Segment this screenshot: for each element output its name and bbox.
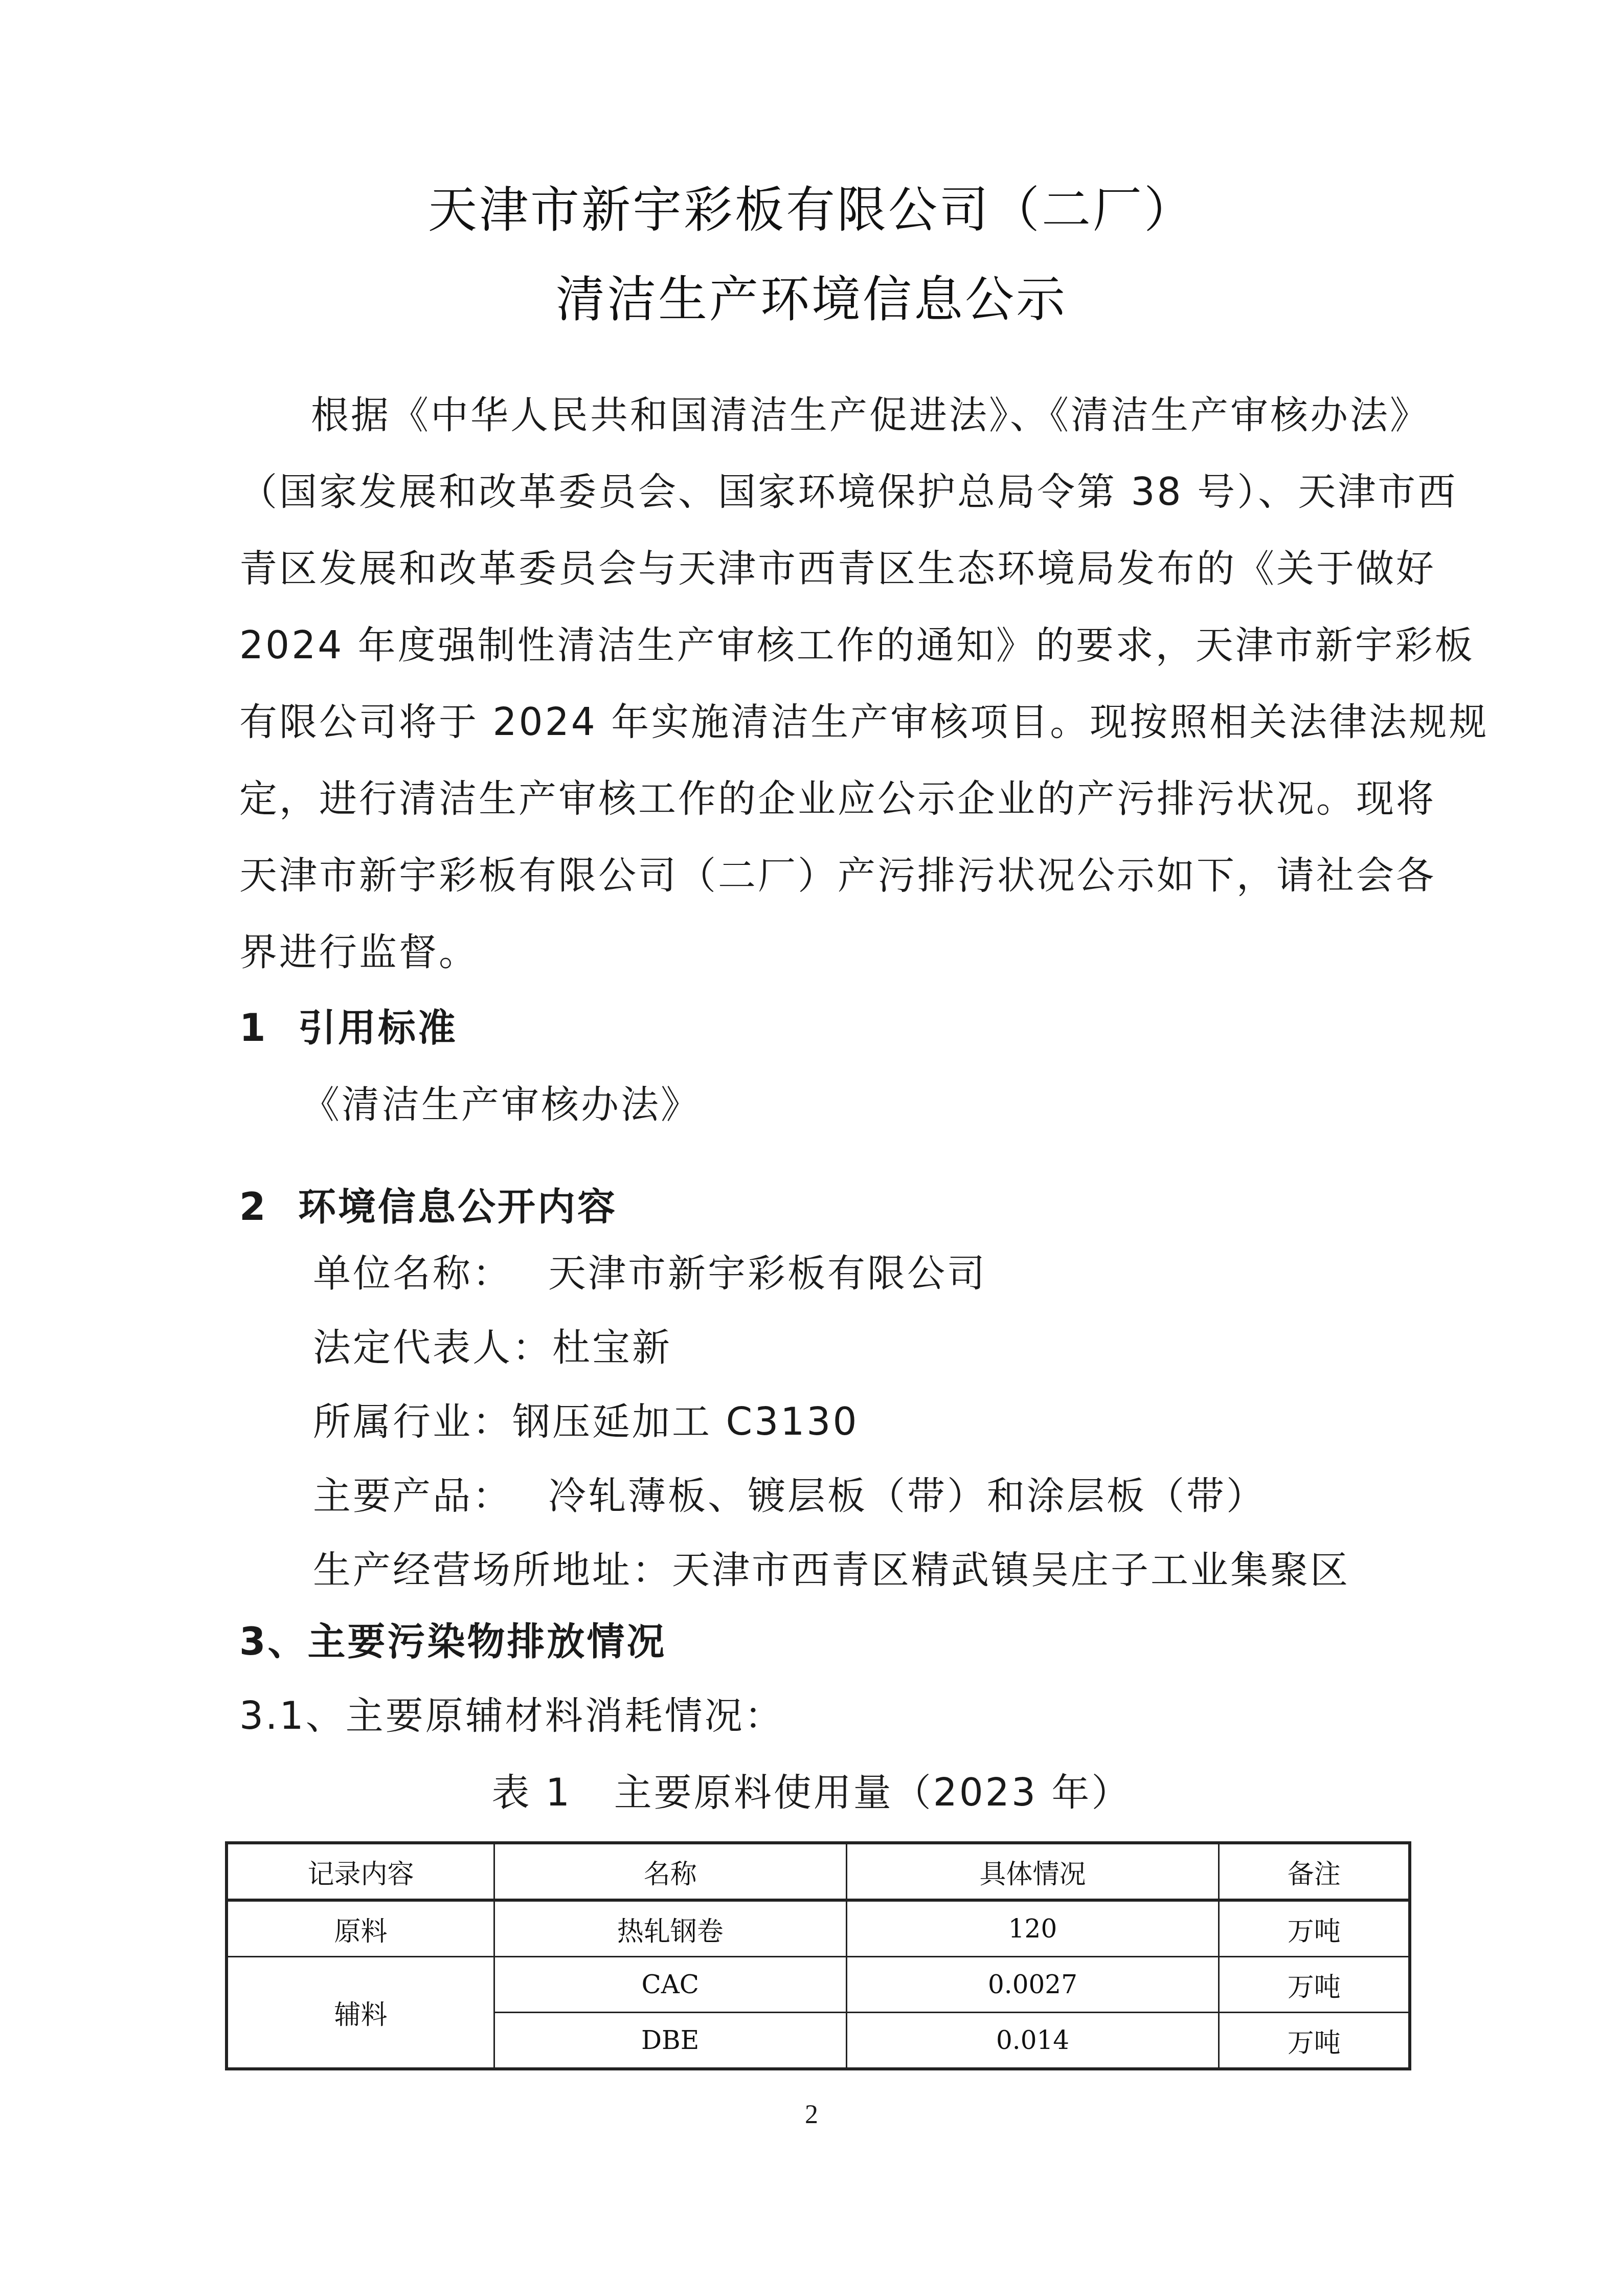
field-main-products: 主要产品：冷轧薄板、镀层板（带）和涂层板（带） [313,1470,1266,1522]
raw-materials-table: 记录内容 名称 具体情况 备注 原料 热轧钢卷 120 万吨 辅料 CAC 0.… [225,1841,1411,2070]
table-cell-category: 辅料 [227,1957,494,2069]
table-cell-value: 0.0027 [846,1957,1219,2013]
table-cell-value: 0.014 [846,2013,1219,2069]
intro-line: 有限公司将于 2024 年实施清洁生产审核项目。现按照相关法律法规规 [239,697,1489,748]
section3-subheading: 3.1、主要原辅材料消耗情况： [239,1690,784,1742]
field-unit-name: 单位名称：天津市新宇彩板有限公司 [313,1248,987,1299]
intro-line: 界进行监督。 [239,927,479,978]
table-header-cell: 记录内容 [227,1843,494,1900]
section1-content: 《清洁生产审核办法》 [302,1079,701,1130]
table-row: 原料 热轧钢卷 120 万吨 [227,1900,1410,1957]
field-value: 杜宝新 [552,1326,672,1370]
table-cell-name: DBE [494,2013,846,2069]
document-title-line2: 清洁生产环境信息公示 [0,269,1623,330]
section2-heading: 2 环境信息公开内容 [239,1182,617,1233]
field-label: 主要产品： [313,1474,512,1518]
field-label: 法定代表人： [313,1326,552,1370]
table-caption: 表 1 主要原料使用量（2023 年） [0,1767,1623,1818]
intro-line: 根据《中华人民共和国清洁生产促进法》、《清洁生产审核办法》 [311,390,1430,441]
field-value: 天津市新宇彩板有限公司 [548,1252,987,1296]
field-value: 冷轧薄板、镀层板（带）和涂层板（带） [548,1474,1266,1518]
intro-line: （国家发展和改革委员会、国家环境保护总局令第 38 号）、天津市西 [239,466,1457,518]
field-value: 天津市西青区精武镇吴庄子工业集聚区 [672,1548,1350,1592]
field-industry: 所属行业：钢压延加工 C3130 [313,1396,859,1447]
table-cell-category: 原料 [227,1900,494,1957]
field-address: 生产经营场所地址：天津市西青区精武镇吴庄子工业集聚区 [313,1545,1350,1596]
field-value: 钢压延加工 C3130 [512,1400,859,1444]
document-title-line1: 天津市新宇彩板有限公司（二厂） [0,179,1623,240]
table-header-cell: 备注 [1219,1843,1410,1900]
field-legal-representative: 法定代表人：杜宝新 [313,1322,672,1373]
intro-line: 2024 年度强制性清洁生产审核工作的通知》的要求，天津市新宇彩板 [239,620,1475,671]
table-cell-name: 热轧钢卷 [494,1900,846,1957]
intro-line: 青区发展和改革委员会与天津市西青区生态环境局发布的《关于做好 [239,543,1436,594]
table-cell-value: 120 [846,1900,1219,1957]
table-header-row: 记录内容 名称 具体情况 备注 [227,1843,1410,1900]
document-page: 天津市新宇彩板有限公司（二厂） 清洁生产环境信息公示 根据《中华人民共和国清洁生… [0,0,1623,2296]
table-cell-unit: 万吨 [1219,1957,1410,2013]
page-number: 2 [0,2100,1623,2130]
intro-line: 天津市新宇彩板有限公司（二厂）产污排污状况公示如下，请社会各 [239,850,1436,901]
table-row: 辅料 CAC 0.0027 万吨 [227,1957,1410,2013]
table-cell-name: CAC [494,1957,846,2013]
table-cell-unit: 万吨 [1219,2013,1410,2069]
field-label: 所属行业： [313,1400,512,1444]
section1-heading: 1 引用标准 [239,1002,458,1054]
section3-heading: 3、主要污染物排放情况 [239,1616,667,1667]
field-label: 生产经营场所地址： [313,1548,672,1592]
table-cell-unit: 万吨 [1219,1900,1410,1957]
table-header-cell: 具体情况 [846,1843,1219,1900]
field-label: 单位名称： [313,1252,512,1296]
intro-line: 定，进行清洁生产审核工作的企业应公示企业的产污排污状况。现将 [239,773,1436,824]
table-header-cell: 名称 [494,1843,846,1900]
